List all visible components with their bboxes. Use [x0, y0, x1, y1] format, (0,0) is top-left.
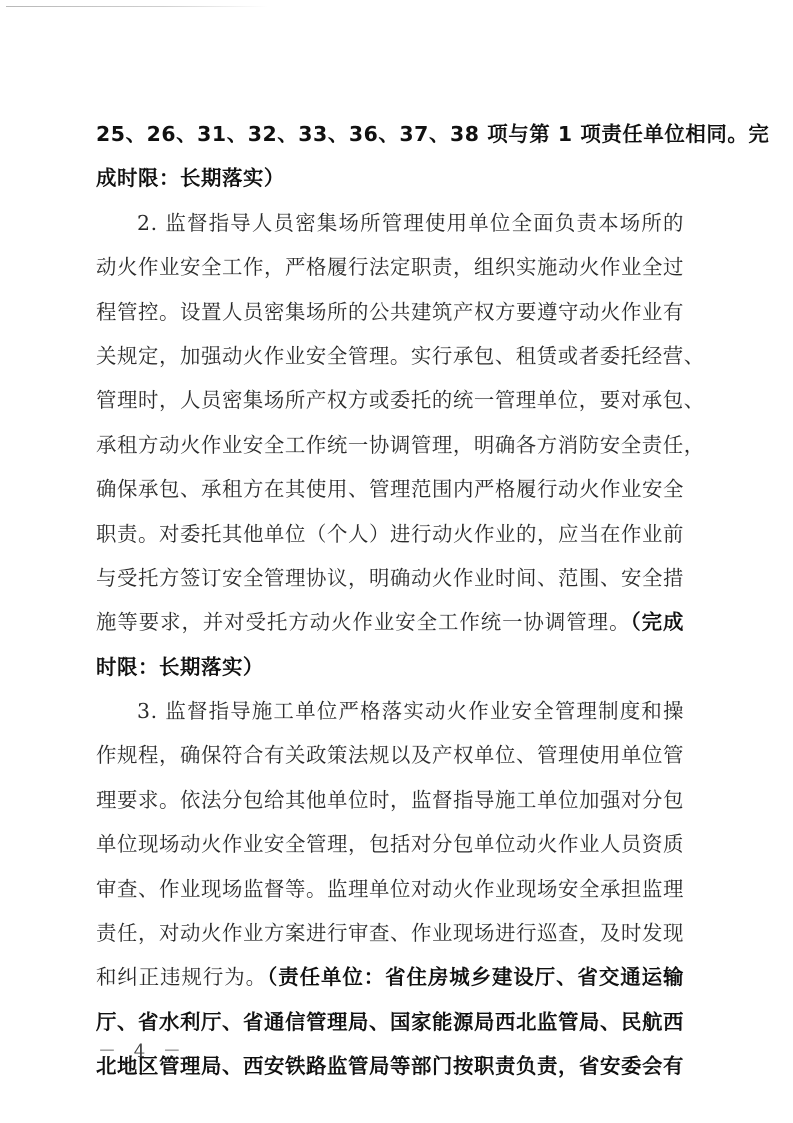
- text-segment: 管理时，人员密集场所产权方或委托的统一管理单位，要对承包、: [96, 388, 705, 412]
- text-segment: 2. 监督指导人员密集场所管理使用单位全面负责本场所的: [137, 211, 684, 235]
- text-segment: 职责。对委托其他单位（个人）进行动火作业的，应当在作业前: [96, 522, 684, 546]
- text-segment: 3. 监督指导施工单位严格落实动火作业安全管理制度和操: [137, 699, 684, 723]
- text-line: 25、26、31、32、33、36、37、38 项与第 1 项责任单位相同。完: [96, 112, 684, 156]
- text-line: 关规定，加强动火作业安全管理。实行承包、租赁或者委托经营、: [96, 334, 684, 378]
- text-segment: 作规程，确保符合有关政策法规以及产权单位、管理使用单位管: [96, 743, 684, 767]
- text-line: 承租方动火作业安全工作统一协调管理，明确各方消防安全责任，: [96, 423, 684, 467]
- text-line: 责任，对动火作业方案进行审查、作业现场进行巡查，及时发现: [96, 911, 684, 955]
- text-line: 审查、作业现场监督等。监理单位对动火作业现场安全承担监理: [96, 867, 684, 911]
- text-line: 施等要求，并对受托方动火作业安全工作统一协调管理。（完成: [96, 600, 684, 644]
- text-segment: 施等要求，并对受托方动火作业安全工作统一协调管理。: [96, 610, 630, 634]
- text-line: 理要求。依法分包给其他单位时，监督指导施工单位加强对分包: [96, 778, 684, 822]
- text-segment: 程管控。设置人员密集场所的公共建筑产权方要遵守动火作业有: [96, 300, 684, 324]
- text-line: 动火作业安全工作，严格履行法定职责，组织实施动火作业全过: [96, 245, 684, 289]
- text-line: 时限：长期落实）: [96, 645, 696, 689]
- bold-text-segment: 时限：长期落实）: [96, 655, 264, 679]
- text-segment: 理要求。依法分包给其他单位时，监督指导施工单位加强对分包: [96, 788, 684, 812]
- text-segment: 确保承包、承租方在其使用、管理范围内严格履行动火作业安全: [96, 477, 684, 501]
- page-number: － 4 －: [98, 1037, 187, 1063]
- text-line: 职责。对委托其他单位（个人）进行动火作业的，应当在作业前: [96, 512, 684, 556]
- text-line: 3. 监督指导施工单位严格落实动火作业安全管理制度和操: [96, 689, 684, 733]
- text-segment: 单位现场动火作业安全管理，包括对分包单位动火作业人员资质: [96, 832, 684, 856]
- text-segment: 责任，对动火作业方案进行审查、作业现场进行巡查，及时发现: [96, 921, 684, 945]
- bold-text-segment: 厅、省水利厅、省通信管理局、国家能源局西北监管局、民航西: [96, 1010, 684, 1034]
- text-line: 作规程，确保符合有关政策法规以及产权单位、管理使用单位管: [96, 733, 684, 777]
- document-body: 25、26、31、32、33、36、37、38 项与第 1 项责任单位相同。完 …: [96, 112, 696, 1089]
- text-segment: 动火作业安全工作，严格履行法定职责，组织实施动火作业全过: [96, 255, 684, 279]
- bold-text-segment: 成时限：长期落实）: [96, 166, 285, 190]
- text-segment: 审查、作业现场监督等。监理单位对动火作业现场安全承担监理: [96, 877, 684, 901]
- text-line: 2. 监督指导人员密集场所管理使用单位全面负责本场所的: [96, 201, 684, 245]
- bold-text-segment: 25、26、31、32、33、36、37、38 项与第 1 项责任单位相同。完: [96, 122, 769, 146]
- text-line: 单位现场动火作业安全管理，包括对分包单位动火作业人员资质: [96, 822, 684, 866]
- text-segment: 与受托方签订安全管理协议，明确动火作业时间、范围、安全措: [96, 566, 684, 590]
- text-line: 与受托方签订安全管理协议，明确动火作业时间、范围、安全措: [96, 556, 684, 600]
- bold-text-segment: （责任单位：省住房城乡建设厅、省交通运输: [267, 965, 684, 989]
- text-line: 管理时，人员密集场所产权方或委托的统一管理单位，要对承包、: [96, 378, 684, 422]
- text-line: 和纠正违规行为。（责任单位：省住房城乡建设厅、省交通运输: [96, 955, 684, 999]
- scan-edge-artifact: [6, 6, 268, 7]
- text-line: 程管控。设置人员密集场所的公共建筑产权方要遵守动火作业有: [96, 290, 684, 334]
- text-segment: 承租方动火作业安全工作统一协调管理，明确各方消防安全责任，: [96, 433, 705, 457]
- text-segment: 和纠正违规行为。: [96, 965, 267, 989]
- text-line: 成时限：长期落实）: [96, 156, 696, 200]
- bold-text-segment: （完成: [630, 610, 684, 634]
- text-segment: 关规定，加强动火作业安全管理。实行承包、租赁或者委托经营、: [96, 344, 705, 368]
- text-line: 确保承包、承租方在其使用、管理范围内严格履行动火作业安全: [96, 467, 684, 511]
